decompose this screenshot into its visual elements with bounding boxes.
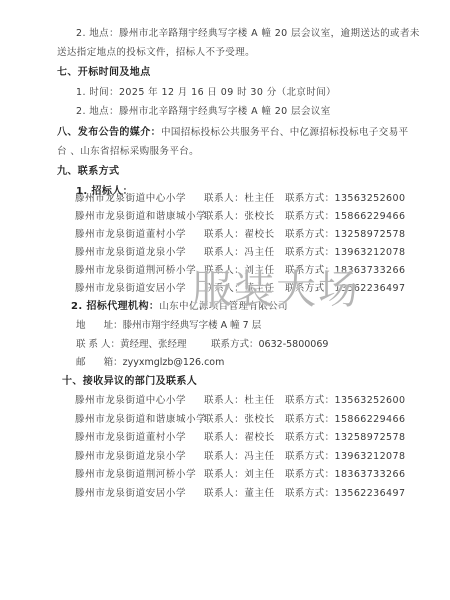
agency-contact: 黄经理、张经理	[120, 339, 187, 350]
contact-person: 联系人：董主任	[204, 488, 275, 500]
agency-address: 滕州市翔宇经典写字楼 A 幢 7 层	[123, 320, 262, 331]
section7-heading: 七、开标时间及地点	[57, 67, 151, 79]
phone-number: 联系方式：13963212078	[285, 451, 405, 463]
phone-number: 联系方式：15866229466	[285, 211, 405, 223]
phone-number: 联系方式：13562236497	[285, 488, 405, 500]
contact-person: 联系人：刘主任	[204, 469, 275, 481]
section8-text-line1: 中国招标投标公共服务平台、中亿源招标投标电子交易平	[161, 127, 409, 138]
contact-person: 联系人：冯主任	[204, 247, 275, 259]
phone-number: 联系方式：13258972578	[285, 432, 405, 444]
section6-item2-line1: 2. 地点：滕州市北辛路翔宇经典写字楼 A 幢 20 层会议室，逾期送达的或者未	[76, 28, 420, 40]
contact-person: 联系人：冯主任	[204, 451, 275, 463]
section8-heading: 八、发布公告的媒介：	[57, 127, 161, 138]
section6-item2-line2: 送达指定地点的投标文件，招标人不予受理。	[57, 47, 255, 59]
section7-item2: 2. 地点：滕州市北辛路翔宇经典写字楼 A 幢 20 层会议室	[76, 106, 331, 118]
email-label: 邮 箱：	[76, 357, 123, 368]
org-name: 滕州市龙泉街道荆河桥小学	[75, 265, 196, 277]
phone-number: 联系方式：13963212078	[285, 247, 405, 259]
agency-email-line: 邮 箱：zyyxmglzb@126.com	[76, 357, 224, 369]
contact-person: 联系人：杜主任	[204, 395, 275, 407]
agency-heading: 2. 招标代理机构：	[71, 301, 159, 312]
contact-label: 联 系 人：	[76, 339, 120, 350]
agency-phone: 0632-5800069	[259, 339, 329, 350]
document-page: 2. 地点：滕州市北辛路翔宇经典写字楼 A 幢 20 层会议室，逾期送达的或者未…	[0, 0, 450, 600]
agency-email: zyyxmglzb@126.com	[123, 357, 225, 368]
org-name: 滕州市龙泉街道安居小学	[75, 488, 186, 500]
section10-heading: 十、接收异议的部门及联系人	[62, 376, 197, 388]
org-name: 滕州市龙泉街道董村小学	[75, 229, 186, 241]
org-name: 滕州市龙泉街道董村小学	[75, 432, 186, 444]
org-name: 滕州市龙泉街道安居小学	[75, 283, 186, 295]
contact-person: 联系人：张校长	[204, 414, 275, 426]
section8-line1: 八、发布公告的媒介：中国招标投标公共服务平台、中亿源招标投标电子交易平	[57, 127, 409, 139]
phone-number: 联系方式：13563252600	[285, 395, 405, 407]
org-name: 滕州市龙泉街道龙泉小学	[75, 247, 186, 259]
contact-person: 联系人：张校长	[204, 211, 275, 223]
org-name: 滕州市龙泉街道龙泉小学	[75, 451, 186, 463]
phone-number: 联系方式：13562236497	[285, 283, 405, 295]
section9-heading: 九、联系方式	[57, 166, 119, 178]
contact-person: 联系人：董主任	[204, 283, 275, 295]
agency-address-line: 地 址：滕州市翔宇经典写字楼 A 幢 7 层	[76, 320, 261, 332]
phone-number: 联系方式：13563252600	[285, 193, 405, 205]
section8-text-line2: 台 、山东省招标采购服务平台。	[57, 146, 199, 158]
phone-label: 联系方式：	[211, 339, 259, 350]
address-label: 地 址：	[76, 320, 123, 331]
phone-number: 联系方式：18363733266	[285, 265, 405, 277]
agency-name: 山东中亿源项目管理有限公司	[159, 301, 288, 312]
org-name: 滕州市龙泉街道和谐康城小学	[75, 211, 206, 223]
phone-number: 联系方式：13258972578	[285, 229, 405, 241]
phone-number: 联系方式：18363733266	[285, 469, 405, 481]
contact-person: 联系人：翟校长	[204, 229, 275, 241]
contact-person: 联系人：杜主任	[204, 193, 275, 205]
org-name: 滕州市龙泉街道中心小学	[75, 193, 186, 205]
agency-contact-line: 联 系 人：黄经理、张经理 联系方式：0632-5800069	[76, 339, 187, 351]
org-name: 滕州市龙泉街道和谐康城小学	[75, 414, 206, 426]
contact-person: 联系人：刘主任	[204, 265, 275, 277]
org-name: 滕州市龙泉街道中心小学	[75, 395, 186, 407]
agency-phone-group: 联系方式：0632-5800069	[211, 339, 328, 351]
section7-item1: 1. 时间：2025 年 12 月 16 日 09 时 30 分（北京时间）	[76, 87, 336, 99]
contact-person: 联系人：翟校长	[204, 432, 275, 444]
phone-number: 联系方式：15866229466	[285, 414, 405, 426]
org-name: 滕州市龙泉街道荆河桥小学	[75, 469, 196, 481]
agency-line: 2. 招标代理机构：山东中亿源项目管理有限公司	[71, 301, 288, 313]
